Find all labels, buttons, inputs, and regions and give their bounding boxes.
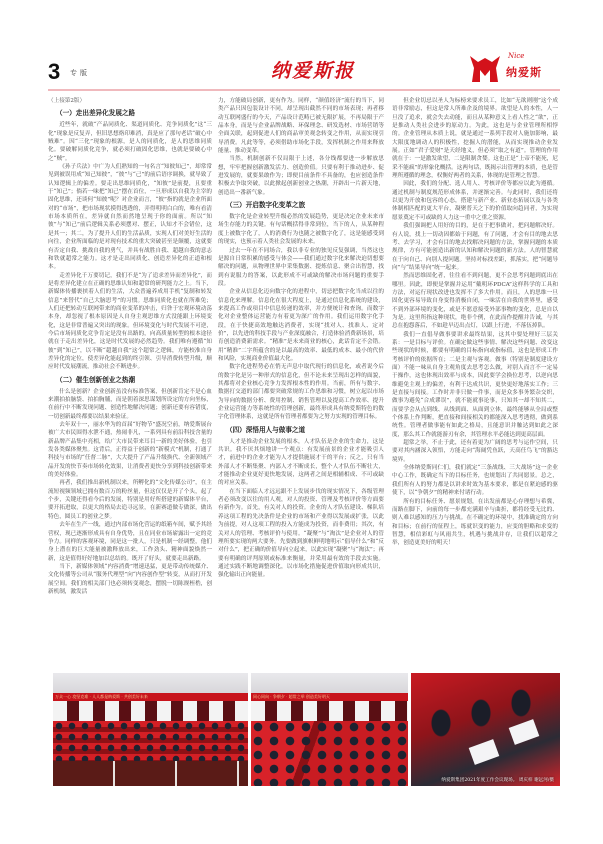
red-banner: 同心同向 · 争朝夕 · 超常之举 创造美好明天 bbox=[251, 693, 408, 701]
attendees-reading-photo bbox=[411, 673, 560, 786]
attendees-scene bbox=[411, 673, 560, 786]
section-heading: （四）深悟用人与做事之道 bbox=[218, 425, 384, 435]
paragraph: 人才是推动企业发展的根本，人才队伍是企业的生命力，这是共识。我不厌其烦地讲一个观… bbox=[218, 438, 384, 488]
paragraph: 因此，我们的分配、选人用人、考核评价等都应以此为遵循。通过机制与制度规范形成体系… bbox=[392, 180, 558, 222]
section-heading: （一）走出差异化发展之路 bbox=[48, 108, 212, 118]
page-header: 3 专版 纳爱斯报 Nice 纳爱斯 bbox=[48, 58, 558, 88]
paragraph: 数字化是企业转型升级必然的发展趋势，更是决定企业未来市场生存能力的关键。有句话概… bbox=[218, 213, 384, 246]
red-banner: 万众一心 攻坚克难 · 人人都是纳爱斯 · 共创美好未来 bbox=[53, 693, 248, 701]
banner-text: 同心同向 · 争朝夕 · 超常之举 创造美好明天 bbox=[253, 693, 330, 701]
paragraph: 我们强调把人用好的目的，是在于把事做对，把问题解决好。有人说，找上一切动因都始于… bbox=[392, 222, 558, 272]
logo-name: 纳爱斯 bbox=[506, 64, 542, 80]
paragraph-continued: 力，方能破局创新，更有作为。同样，“颜值经济”流行的当下，同类产品只因包装设计不… bbox=[218, 97, 384, 155]
paragraph: 过去一年在不同场合，我以非专业的独见反复强调，当然这也是源自日常积累的感受与体会… bbox=[218, 247, 384, 289]
page-number: 3 bbox=[48, 61, 60, 83]
section-heading: （二）催生创新创业之热潮 bbox=[48, 375, 212, 385]
section-heading: （三）开启数字化变革之旅 bbox=[218, 200, 384, 210]
nice-logo-icon bbox=[468, 52, 502, 84]
front-desks bbox=[53, 761, 248, 786]
article-column-3: 但企业切忌以圣人为标榜来要求员工，比如“无欲则刚”这个成语非常励志，但这是常人所… bbox=[392, 97, 558, 548]
masthead-title: 纳爱斯报 bbox=[258, 58, 368, 84]
hall-wall bbox=[251, 701, 408, 723]
newspaper-page: 3 专版 纳爱斯报 Nice 纳爱斯 （上接第2版） （一）走出差异化发展之路 … bbox=[0, 0, 603, 844]
section-label: 专版 bbox=[70, 68, 90, 78]
audience-seats bbox=[251, 721, 408, 786]
paragraph: 近些年，就破“产品同质化、渠道同质化、竞争同质化”这“三化”现象是反复弄，但旧思… bbox=[48, 121, 212, 163]
paragraph: 走差异化千万要切记，我们不是“为了追求差异而差异化”，而是将差异化建立在正确的思… bbox=[48, 272, 212, 372]
ceiling bbox=[53, 673, 248, 695]
paragraph: 然而思维固化者，往往看不到问题，更不会思考问题到底出在哪里。因此，即便是掌握并运… bbox=[392, 272, 558, 330]
paragraph: 去年在生产一线，通过内部市场化营运的纸箱车间，赋予其经营权，现已逐渐形成具有自身… bbox=[48, 521, 212, 563]
audience-applause-photo: 同心同向 · 争朝夕 · 超常之举 创造美好明天 bbox=[251, 673, 408, 786]
paragraph: 去年双十一，丽水华为的首届“好物节”盛况空前，纳爱斯展台被广大市民围得水泄不通，… bbox=[48, 421, 212, 479]
paragraph: 再者，我们推出新机制以来，所孵化的“文化传媒公司”，在主流短视频领域已拥有数百万… bbox=[48, 479, 212, 521]
logo-script: Nice bbox=[508, 52, 524, 60]
paragraph: 企业从信息化迈向数字化的进程中，切忌把数字化当成以往的信息化来理解。信息化在很大… bbox=[218, 288, 384, 363]
paragraph: 超常之举，不止于此，还有着更为广阔的思考与运作空间，只要对其内涵深入领悟，方能走… bbox=[392, 439, 558, 464]
paragraph: 所有的目标任务、愿景规划，在出发前都是心存理想与希冀，而路在脚下，向前的每一步都… bbox=[392, 498, 558, 548]
hall-wall bbox=[53, 701, 248, 723]
photo-strip: 万众一心 攻坚克难 · 人人都是纳爱斯 · 共创美好未来 同心同向 · 争朝夕 … bbox=[53, 673, 560, 786]
paragraph: 在当下面临人才远远跟不上发展步伐的现实情况下，各级管理者必须改变以往的用人观，对… bbox=[218, 488, 384, 580]
paragraph: 我们一直倡导做事要讲求最终结果，这其中要处理好三层关系：一是目标与评价。在确定做… bbox=[392, 331, 558, 439]
paragraph: 全体纳爱斯同仁们，我们就定“三条战线、三大战场”这一企业中心工作，既确定当下的目… bbox=[392, 464, 558, 497]
paragraph: 数字化进程势必在悄无声息中取代现行的信息化，或者说今后的数字化是另一种形式的信息… bbox=[218, 363, 384, 421]
paragraph: 什么是创新？企业创新虽没有标准答案，但创新肯定不是心血来潮拍拍脑袋、拍拍胸脯，而… bbox=[48, 388, 212, 421]
paragraph: 当下，新媒体领域“内容消费”增速迅猛，更是带动传统媒介、文化传播等公司从“服务代… bbox=[48, 563, 212, 596]
article-column-1: （上接第2版） （一）走出差异化发展之路 近些年，就破“产品同质化、渠道同质化、… bbox=[48, 97, 212, 596]
paragraph: 《孙子兵法》中广为人们熟知的一句名言“知彼知己”，却常常见到被误用成“知己知彼”… bbox=[48, 163, 212, 271]
paragraph: 当然，机制创新不仅局限于上述，各分线都要进一步解放思想，牢牢把握创新激发活力、创… bbox=[218, 155, 384, 197]
article-column-2: 力，方能破局创新，更有作为。同样，“颜值经济”流行的当下，同类产品只因包装设计不… bbox=[218, 97, 384, 580]
photo-caption: 纳爱斯集团2021年度工作会议现场。 周庆梓 谢远河/摄 bbox=[441, 777, 554, 783]
ceiling bbox=[251, 673, 408, 695]
brand-logo: Nice 纳爱斯 bbox=[468, 50, 558, 84]
continued-note: （上接第2版） bbox=[48, 97, 212, 105]
paragraph: 但企业切忌以圣人为标榜来要求员工，比如“无欲则刚”这个成语非常励志，但这是常人所… bbox=[392, 97, 558, 180]
conference-hall-photo: 万众一心 攻坚克难 · 人人都是纳爱斯 · 共创美好未来 bbox=[53, 673, 248, 786]
header-divider bbox=[48, 89, 560, 91]
banner-text: 万众一心 攻坚克难 · 人人都是纳爱斯 · 共创美好未来 bbox=[55, 693, 148, 701]
